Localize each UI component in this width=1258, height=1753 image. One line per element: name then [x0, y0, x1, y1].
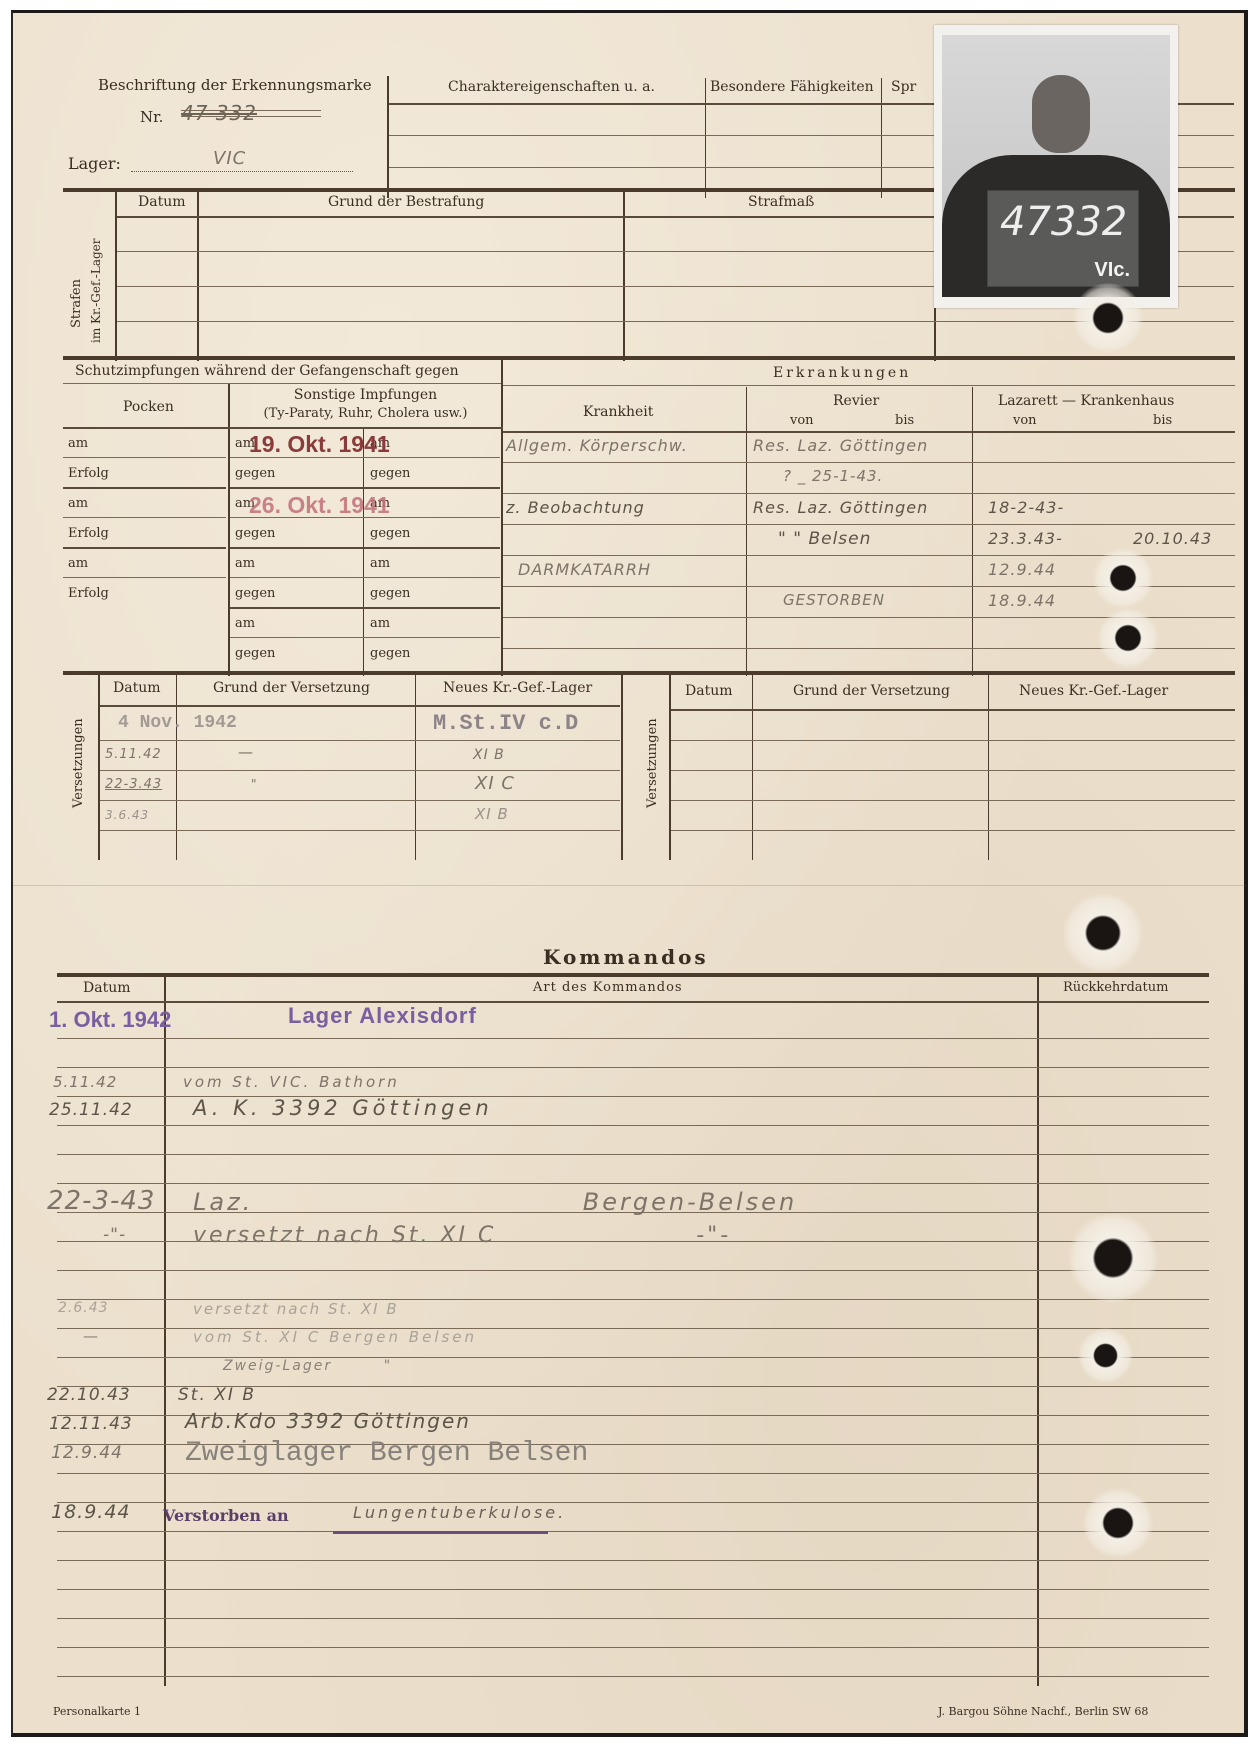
number-prefix: Nr.	[140, 108, 163, 126]
kommando-12-date: 22.10.43	[47, 1385, 131, 1405]
id-slate: 47332 VIc.	[987, 190, 1139, 287]
transfer-1-date: 4 Nov. 1942	[118, 713, 237, 733]
cause-underline	[333, 1531, 548, 1534]
transfer-2-reason: —	[238, 743, 254, 761]
camp-value: VIC	[213, 148, 246, 169]
transfers-right-col-camp: Neues Kr.-Gef.-Lager	[1019, 683, 1168, 699]
bullet-hole	[1063, 893, 1143, 973]
printer-label: J. Bargou Söhne Nachf., Berlin SW 68	[938, 1705, 1148, 1718]
illnesses-col-hospital: Lazarett — Krankenhaus	[998, 393, 1174, 409]
other-vacc-left-8: gegen	[235, 646, 275, 661]
illness-2: z. Beobachtung	[506, 498, 645, 517]
kommando-7-date: -"-	[103, 1225, 126, 1245]
pocken-row-5: am	[68, 556, 88, 571]
bullet-hole	[1093, 548, 1153, 608]
languages-label: Spr	[891, 79, 916, 95]
skills-label: Besondere Fähigkeiten	[710, 79, 874, 95]
slate-camp: VIc.	[1094, 259, 1130, 282]
pocken-row-1: am	[68, 436, 88, 451]
other-vacc-left-7: am	[235, 616, 255, 631]
portrait-head	[1032, 75, 1090, 153]
illnesses-col-hospital-to: bis	[1153, 413, 1172, 428]
transfer-1-camp: M.St.IV c.D	[433, 711, 578, 736]
other-vacc-left-2: gegen	[235, 466, 275, 481]
punishments-side-label-2: im Kr.-Gef.-Lager	[89, 239, 103, 344]
form-type-label: Personalkarte 1	[53, 1705, 141, 1718]
other-vacc-right-7: am	[370, 616, 390, 631]
other-vacc-right-4: gegen	[370, 526, 410, 541]
other-vacc-left-5: am	[235, 556, 255, 571]
bullet-hole	[1078, 1328, 1133, 1383]
kommando-13-text: Arb.Kdo 3392 Göttingen	[185, 1409, 471, 1433]
illness-5-hosp-from: 18.9.44	[988, 591, 1056, 610]
punishments-col-penalty: Strafmaß	[748, 194, 814, 210]
fold-line	[13, 885, 1246, 886]
other-vacc-right-8: gegen	[370, 646, 410, 661]
illnesses-col-illness: Krankheit	[583, 404, 653, 420]
kommandos-col-date: Datum	[83, 980, 131, 996]
transfer-3-date: 22-3.43	[105, 777, 162, 792]
transfer-4-date: 3.6.43	[105, 808, 149, 822]
kommandos-title: Kommandos	[543, 945, 709, 969]
illness-1-revier: Res. Laz. Göttingen	[753, 436, 928, 455]
kommando-16-text: Lungentuberkulose.	[353, 1503, 566, 1522]
vaccinations-col-other: Sonstige Impfungen	[233, 387, 498, 403]
transfers-col-reason: Grund der Versetzung	[213, 680, 370, 696]
illnesses-col-revier: Revier	[833, 393, 879, 409]
illness-3-hosp-to: 20.10.43	[1133, 529, 1212, 548]
vaccinations-title: Schutzimpfungen während der Gefangenscha…	[75, 363, 459, 379]
illness-1: Allgem. Körperschw.	[506, 436, 688, 455]
kommando-4-text: A. K. 3392 Göttingen	[193, 1096, 493, 1120]
illnesses-col-revier-from: von	[790, 413, 814, 428]
other-vacc-right-2: gegen	[370, 466, 410, 481]
kommando-12-text: St. XI B	[178, 1385, 256, 1405]
transfers-side-label-right: Versetzungen	[645, 718, 660, 808]
bullet-hole	[1083, 1488, 1153, 1558]
kommando-3-date: 5.11.42	[53, 1073, 117, 1091]
transfer-2-camp: XI B	[473, 747, 505, 763]
transfer-3-camp: XI C	[475, 773, 515, 794]
illness-4: DARMKATARRH	[518, 560, 651, 579]
kommando-10-text: vom St. XI C Bergen Belsen	[193, 1328, 477, 1346]
camp-label: Lager:	[68, 154, 121, 173]
transfers-col-camp: Neues Kr.-Gef.-Lager	[443, 680, 592, 696]
kommando-13-date: 12.11.43	[49, 1414, 133, 1434]
bullet-hole	[1073, 283, 1143, 353]
bullet-hole	[1068, 1213, 1158, 1303]
illness-2-revier: Res. Laz. Göttingen	[753, 498, 928, 517]
vaccination-stamp-1: 19. Okt. 1941	[249, 431, 390, 458]
kommando-6-text: Laz. Bergen-Belsen	[193, 1188, 797, 1216]
kommando-14-text: Zweiglager Bergen Belsen	[185, 1438, 588, 1469]
illness-4-hosp-from: 12.9.44	[988, 560, 1056, 579]
transfer-2-date: 5.11.42	[105, 747, 162, 762]
kommando-9-text: versetzt nach St. XI B	[193, 1300, 399, 1318]
kommandos-col-type: Art des Kommandos	[533, 980, 683, 995]
pocken-row-3: am	[68, 496, 88, 511]
illness-5-revier: GESTORBEN	[783, 591, 885, 609]
kommandos-col-return: Rückkehrdatum	[1063, 980, 1168, 995]
kommando-11-text: Zweig-Lager "	[223, 1358, 392, 1374]
kommando-7-text: versetzt nach St. XI C -"-	[193, 1223, 731, 1248]
slate-number: 47332	[1000, 199, 1127, 245]
kommando-1-text: Lager Alexisdorf	[288, 1003, 477, 1029]
kommando-1-date: 1. Okt. 1942	[49, 1007, 171, 1033]
kommando-4-date: 25.11.42	[49, 1100, 133, 1120]
pocken-row-2: Erfolg	[68, 466, 109, 481]
other-vacc-left-4: gegen	[235, 526, 275, 541]
transfer-3-reason: "	[251, 777, 258, 791]
transfers-side-label-left: Versetzungen	[71, 718, 86, 808]
transfers-right-col-date: Datum	[685, 683, 733, 699]
kommando-14-date: 12.9.44	[51, 1443, 123, 1463]
dog-tag-label: Beschriftung der Erkennungsmarke	[98, 76, 372, 94]
transfers-col-date: Datum	[113, 680, 161, 696]
kommando-6-date: 22-3-43	[47, 1186, 155, 1216]
prisoner-photo: 47332 VIc.	[934, 25, 1178, 308]
transfers-right-col-reason: Grund der Versetzung	[793, 683, 950, 699]
kommando-16-prefix: Verstorben an	[163, 1506, 289, 1525]
pocken-row-6: Erfolg	[68, 586, 109, 601]
punishments-col-reason: Grund der Bestrafung	[328, 194, 484, 210]
vaccination-stamp-2: 26. Okt. 1941	[249, 492, 390, 519]
other-vacc-left-6: gegen	[235, 586, 275, 601]
personnel-card: Beschriftung der Erkennungsmarke Nr. 47 …	[11, 10, 1248, 1737]
transfer-4-camp: XI B	[475, 805, 509, 823]
illness-2-hosp-from: 18-2-43-	[988, 498, 1064, 517]
kommando-9-date: 2.6.43	[58, 1300, 109, 1316]
character-label: Charaktereigenschaften u. a.	[448, 79, 655, 95]
illnesses-col-revier-to: bis	[895, 413, 914, 428]
illness-3-revier: " " Belsen	[778, 529, 871, 549]
kommando-3-text: vom St. VIC. Bathorn	[183, 1073, 400, 1091]
kommando-16-date: 18.9.44	[51, 1501, 131, 1523]
illnesses-col-hospital-from: von	[1013, 413, 1037, 428]
tag-number-value: 47 332	[181, 101, 257, 125]
punishments-col-date: Datum	[138, 194, 186, 210]
punishments-side-label: Strafen	[69, 279, 84, 328]
illnesses-title: Erkrankungen	[773, 365, 911, 381]
pocken-row-4: Erfolg	[68, 526, 109, 541]
illness-1-revier-to: ? _ 25-1-43.	[783, 467, 883, 485]
vaccinations-col-other-sub: (Ty-Paraty, Ruhr, Cholera usw.)	[233, 406, 498, 421]
illness-3-hosp-from: 23.3.43-	[988, 529, 1063, 548]
other-vacc-right-6: gegen	[370, 586, 410, 601]
bullet-hole	[1098, 608, 1158, 668]
vaccinations-col-pocken: Pocken	[123, 399, 174, 415]
other-vacc-right-5: am	[370, 556, 390, 571]
kommando-10-date: —	[83, 1327, 99, 1345]
